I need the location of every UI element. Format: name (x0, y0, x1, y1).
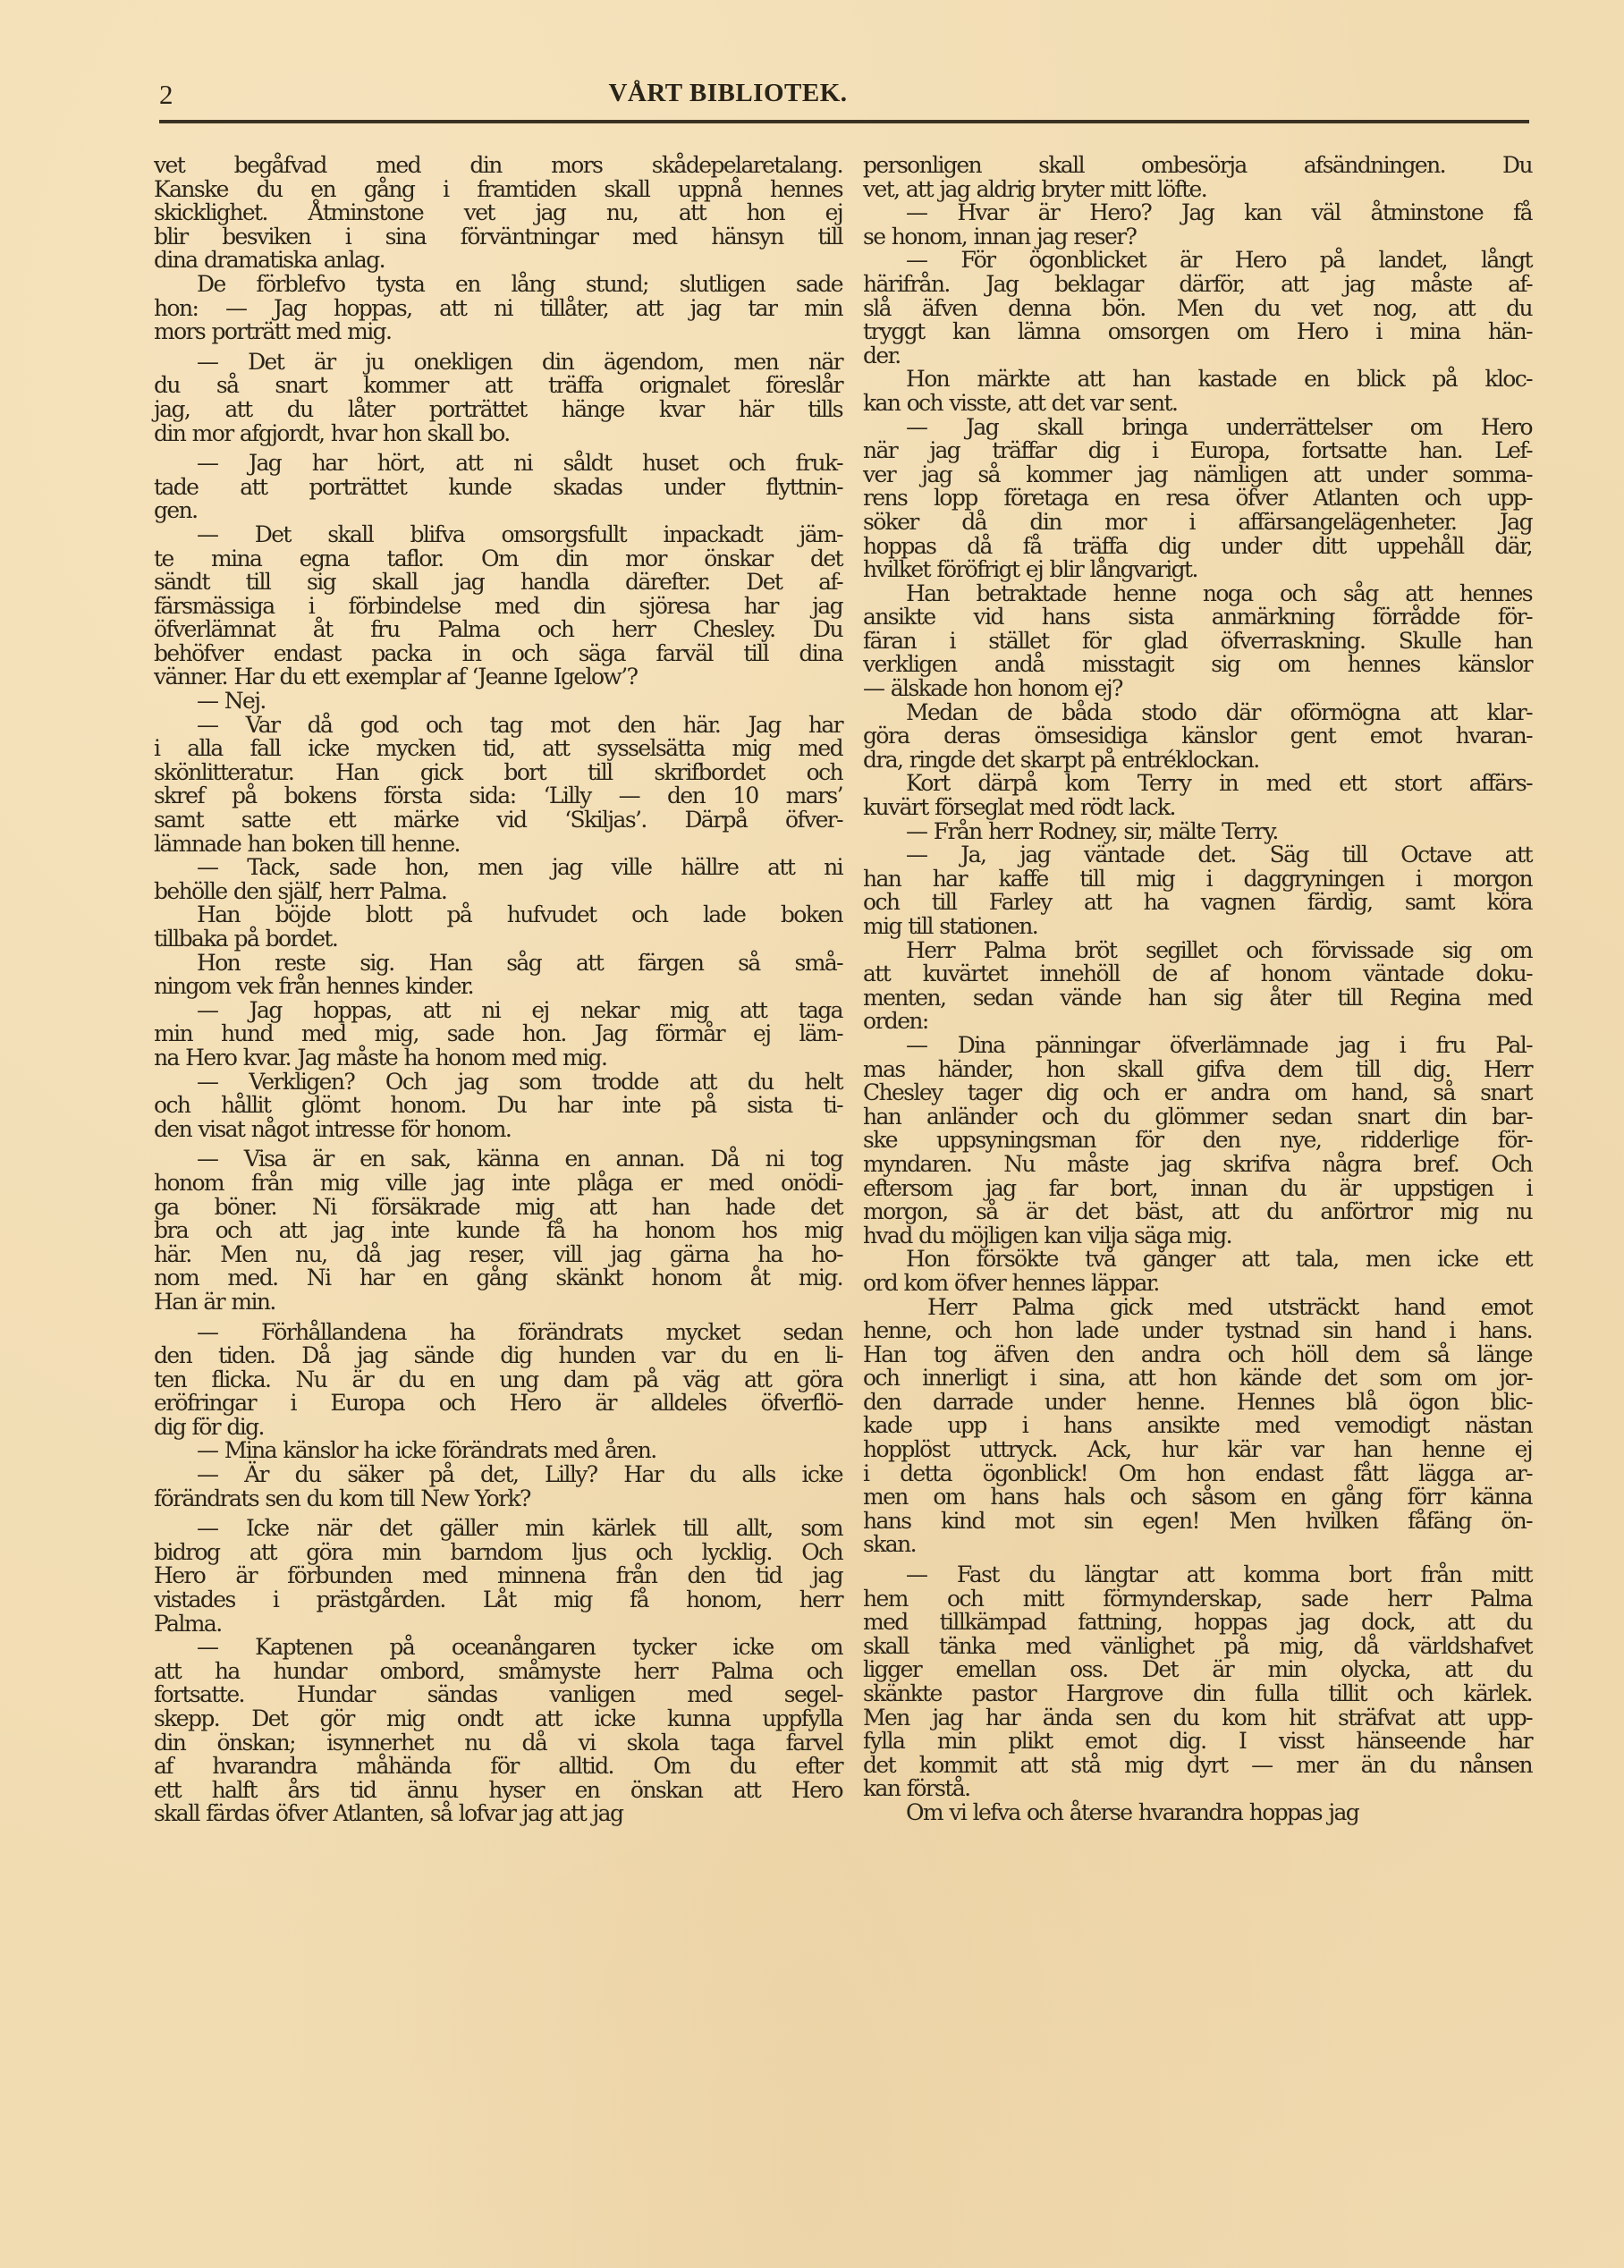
text-line: kan förstå. (863, 1777, 1532, 1801)
text-line: Medan de båda stodo där oförmögna att kl… (863, 701, 1532, 725)
text-line: sändt till sig skall jag handla därefter… (154, 571, 842, 595)
text-line: — Mina känslor ha icke förändrats med år… (154, 1439, 842, 1463)
text-line: kade upp i hans ansikte med vemodigt näs… (863, 1414, 1532, 1438)
text-line: — Verkligen? Och jag som trodde att du h… (154, 1071, 842, 1095)
paragraph: — Fast du längtar att komma bort från mi… (863, 1563, 1532, 1801)
text-line: — Förhållandena ha förändrats mycket sed… (154, 1321, 842, 1345)
text-line: gen. (154, 499, 842, 523)
text-line: vistades i prästgården. Låt mig få honom… (154, 1588, 842, 1612)
paragraph: — Dina pänningar öfverlämnade jag i fru … (863, 1034, 1532, 1248)
text-line: tade att porträttet kunde skadas under f… (154, 476, 842, 500)
text-line: — älskade hon honom ej? (863, 677, 1532, 701)
text-line: han anländer och du glömmer sedan snart … (863, 1105, 1532, 1130)
text-line: i detta ögonblick! Om hon endast fått lä… (863, 1462, 1532, 1486)
text-line: Kanske du en gång i framtiden skall uppn… (154, 178, 842, 202)
text-line: hem och mitt förmynderskap, sade herr Pa… (863, 1587, 1532, 1612)
text-line: här. Men nu, då jag reser, vill jag gärn… (154, 1243, 842, 1267)
text-line: ver jag så kommer jag nämligen att under… (863, 463, 1532, 487)
text-line: se honom, innan jag reser? (863, 225, 1532, 250)
text-line: med tillkämpad fattning, hoppas jag dock… (863, 1611, 1532, 1635)
text-line: färan i stället för glad öfverraskning. … (863, 630, 1532, 654)
text-line: lämnade han boken till henne. (154, 833, 842, 857)
text-line: der. (863, 344, 1532, 368)
text-line: kan och visste, att det var sent. (863, 392, 1532, 416)
text-line: ningom vek från hennes kinder. (154, 975, 842, 999)
text-line: mig till stationen. (863, 915, 1532, 939)
text-line: — För ögonblicket är Hero på landet, lån… (863, 249, 1532, 273)
text-line: den tiden. Då jag sände dig hunden var d… (154, 1344, 842, 1368)
text-line: skall tänka med vänlighet på mig, då vär… (863, 1635, 1532, 1659)
paragraph: — För ögonblicket är Hero på landet, lån… (863, 249, 1532, 368)
text-line: — Ja, jag väntade det. Säg till Octave a… (863, 843, 1532, 867)
text-line: verkligen andå misstagit sig om hennes k… (863, 653, 1532, 677)
text-line: tillbaka på bordet. (154, 927, 842, 952)
text-line: Palma. (154, 1612, 842, 1637)
text-line: Hon reste sig. Han såg att färgen så små… (154, 952, 842, 976)
text-line: blir besviken i sina förväntningar med h… (154, 225, 842, 250)
text-line: göra deras ömsesidiga känslor gent emot … (863, 724, 1532, 749)
text-line: hon: — Jag hoppas, att ni tillåter, att … (154, 297, 842, 321)
page-header: 2 VÅRT BIBLIOTEK. (159, 79, 1529, 114)
text-line: Herr Palma bröt segillet och förvissade … (863, 939, 1532, 963)
text-line: samt satte ett märke vid ‘Skiljas’. Därp… (154, 808, 842, 833)
paragraph: — Ja, jag väntade det. Säg till Octave a… (863, 843, 1532, 938)
paragraph: Herr Palma bröt segillet och förvissade … (863, 939, 1532, 1034)
text-line: nom med. Ni har en gång skänkt honom åt … (154, 1266, 842, 1291)
text-line: skönlitteratur. Han gick bort till skrif… (154, 761, 842, 785)
paragraph: Herr Palma gick med utsträckt hand emoth… (863, 1296, 1532, 1558)
text-line: mors porträtt med mig. (154, 320, 842, 344)
text-line: dig för dig. (154, 1416, 842, 1440)
text-line: henne, och hon lade under tystnad sin ha… (863, 1319, 1532, 1343)
text-line: men om hans hals och såsom en gång förr … (863, 1485, 1532, 1510)
left-column: vet begåfvad med din mors skådepelaretal… (154, 154, 842, 1826)
paragraph: Medan de båda stodo där oförmögna att kl… (863, 701, 1532, 773)
text-line: skänkte pastor Hargrove din fulla tillit… (863, 1682, 1532, 1706)
text-line: och till Farley att ha vagnen färdig, sa… (863, 891, 1532, 915)
text-line: af hvarandra måhända för alltid. Om du e… (154, 1755, 842, 1779)
paragraph: — Jag skall bringa underrättelser om Her… (863, 416, 1532, 582)
text-line: ten flicka. Nu är du en ung dam på väg a… (154, 1368, 842, 1392)
paragraph: — Verkligen? Och jag som trodde att du h… (154, 1071, 842, 1142)
running-title: VÅRT BIBLIOTEK. (43, 79, 1413, 108)
text-line: den visat något intresse för honom. (154, 1118, 842, 1142)
text-line: Kort därpå kom Terry in med ett stort af… (863, 772, 1532, 796)
paragraph: Hon försökte två gånger att tala, men ic… (863, 1248, 1532, 1295)
text-line: Men jag har ända sen du kom hit sträfvat… (863, 1706, 1532, 1731)
paragraph: Om vi lefva och återse hvarandra hoppas … (863, 1801, 1532, 1825)
paragraph: vet begåfvad med din mors skådepelaretal… (154, 154, 842, 273)
text-line: färsmässiga i förbindelse med din sjöres… (154, 595, 842, 619)
text-line: orden: (863, 1010, 1532, 1034)
paragraph: — Är du säker på det, Lilly? Har du alls… (154, 1463, 842, 1511)
text-line: personligen skall ombesörja afsändningen… (863, 154, 1532, 178)
text-line: tryggt kan lämna omsorgen om Hero i mina… (863, 320, 1532, 344)
text-line: den darrade under henne. Hennes blå ögon… (863, 1391, 1532, 1415)
text-line: du så snart kommer att träffa orignalet … (154, 374, 842, 398)
text-line: min hund med mig, sade hon. Jag förmår e… (154, 1022, 842, 1046)
paragraph: — Visa är en sak, känna en annan. Då ni … (154, 1147, 842, 1314)
paragraph: — Det skall blifva omsorgsfullt inpackad… (154, 523, 842, 690)
text-line: när jag träffar dig i Europa, fortsatte … (863, 439, 1532, 463)
text-line: hvad du möjligen kan vilja säga mig. (863, 1224, 1532, 1248)
text-line: dra, ringde det skarpt på entréklockan. (863, 749, 1532, 773)
paragraph: — Tack, sade hon, men jag ville hällre a… (154, 856, 842, 903)
text-line: skan. (863, 1533, 1532, 1557)
text-line: Om vi lefva och återse hvarandra hoppas … (863, 1801, 1532, 1825)
text-line: na Hero kvar. Jag måste ha honom med mig… (154, 1046, 842, 1071)
text-line: öfverlämnat åt fru Palma och herr Chesle… (154, 618, 842, 642)
paragraph: — Hvar är Hero? Jag kan väl åtminstone f… (863, 201, 1532, 249)
paragraph: Han betraktade henne noga och såg att he… (863, 582, 1532, 701)
text-line: förändrats sen du kom till New York? (154, 1487, 842, 1511)
text-line: i alla fall icke mycken tid, att syssels… (154, 737, 842, 761)
text-line: vänner. Har du ett exemplar af ‘Jeanne I… (154, 665, 842, 690)
text-line: fortsatte. Hundar sändas vanligen med se… (154, 1683, 842, 1707)
paragraph: Hon reste sig. Han såg att färgen så små… (154, 952, 842, 999)
text-line: Han böjde blott på hufvudet och lade bok… (154, 903, 842, 927)
text-line: ga böner. Ni försäkrade mig att han hade… (154, 1196, 842, 1220)
text-line: hoppas då få träffa dig under ditt uppeh… (863, 535, 1532, 559)
text-line: — Det är ju onekligen din ägendom, men n… (154, 351, 842, 375)
text-line: — Nej. (154, 690, 842, 714)
text-line: te mina egna taflor. Om din mor önskar d… (154, 547, 842, 571)
text-line: hans kind mot sin egen! Men hvilken fåfä… (863, 1510, 1532, 1534)
text-line: fylla min plikt emot dig. I visst hänsee… (863, 1730, 1532, 1754)
text-line: — Icke när det gäller min kärlek till al… (154, 1517, 842, 1541)
text-line: det kommit att stå mig dyrt — mer än du … (863, 1754, 1532, 1778)
text-line: — Jag skall bringa underrättelser om Her… (863, 416, 1532, 440)
paragraph: — Mina känslor ha icke förändrats med år… (154, 1439, 842, 1463)
text-line: bidrog att göra min barndom ljus och lyc… (154, 1541, 842, 1565)
paragraph: De förblefvo tysta en lång stund; slutli… (154, 273, 842, 344)
text-line: honom från mig ville jag inte plåga er m… (154, 1172, 842, 1196)
text-line: — Kaptenen på oceanångaren tycker icke o… (154, 1636, 842, 1660)
text-line: Herr Palma gick med utsträckt hand emot (863, 1296, 1532, 1320)
header-rule (159, 120, 1529, 123)
text-line: — Hvar är Hero? Jag kan väl åtminstone f… (863, 201, 1532, 225)
text-line: behöfver endast packa in och säga farväl… (154, 642, 842, 666)
text-line: och innerligt i sina, att hon kände det … (863, 1367, 1532, 1391)
text-line: — Fast du längtar att komma bort från mi… (863, 1563, 1532, 1587)
right-column: personligen skall ombesörja afsändningen… (863, 154, 1532, 1825)
text-line: eftersom jag far bort, innan du är uppst… (863, 1177, 1532, 1201)
text-line: hvilket föröfrigt ej blir långvarigt. (863, 558, 1532, 582)
text-line: morgon, så är det bäst, att du anförtror… (863, 1200, 1532, 1224)
paragraph: — Från herr Rodney, sir, mälte Terry. (863, 820, 1532, 844)
text-line: han har kaffe till mig i daggryningen i … (863, 867, 1532, 892)
text-line: ligger emellan oss. Det är min olycka, a… (863, 1658, 1532, 1682)
text-line: din mor afgjordt, hvar hon skall bo. (154, 422, 842, 446)
text-line: ord kom öfver hennes läppar. (863, 1272, 1532, 1296)
text-line: skicklighet. Åtminstone vet jag nu, att … (154, 201, 842, 225)
text-line: — Från herr Rodney, sir, mälte Terry. (863, 820, 1532, 844)
text-line: Hon märkte att han kastade en blick på k… (863, 368, 1532, 392)
paragraph: Hon märkte att han kastade en blick på k… (863, 368, 1532, 415)
paragraph: — Det är ju onekligen din ägendom, men n… (154, 351, 842, 445)
text-line: skall färdas öfver Atlanten, så lofvar j… (154, 1802, 842, 1826)
text-line: myndaren. Nu måste jag skrifva några bre… (863, 1153, 1532, 1177)
text-line: skref på bokens första sida: ‘Lilly — de… (154, 784, 842, 808)
text-line: Han tog äfven den andra och höll dem så … (863, 1343, 1532, 1367)
text-line: vet begåfvad med din mors skådepelaretal… (154, 154, 842, 178)
text-line: hopplöst uttryck. Ack, hur kär var han h… (863, 1438, 1532, 1462)
paragraph: Kort därpå kom Terry in med ett stort af… (863, 772, 1532, 819)
text-line: Hon försökte två gånger att tala, men ic… (863, 1248, 1532, 1272)
text-line: vet, att jag aldrig bryter mitt löfte. (863, 178, 1532, 202)
paragraph: — Jag hoppas, att ni ej nekar mig att ta… (154, 999, 842, 1071)
text-line: — Är du säker på det, Lilly? Har du alls… (154, 1463, 842, 1487)
text-line: rens lopp företaga en resa öfver Atlante… (863, 487, 1532, 511)
paragraph: — Förhållandena ha förändrats mycket sed… (154, 1321, 842, 1440)
text-line: Chesley tager dig och er andra om hand, … (863, 1081, 1532, 1105)
text-line: mas händer, hon skall gifva dem till dig… (863, 1058, 1532, 1082)
text-line: ett halft års tid ännu hyser en önskan a… (154, 1779, 842, 1803)
text-line: Han är min. (154, 1291, 842, 1315)
text-line: Han betraktade henne noga och såg att he… (863, 582, 1532, 606)
text-line: — Det skall blifva omsorgsfullt inpackad… (154, 523, 842, 547)
text-line: ansikte vid hans sista anmärkning förråd… (863, 605, 1532, 630)
text-line: De förblefvo tysta en lång stund; slutli… (154, 273, 842, 297)
text-line: jag, att du låter porträttet hänge kvar … (154, 398, 842, 422)
text-line: menten, sedan vände han sig åter till Re… (863, 986, 1532, 1011)
text-line: söker då din mor i affärsangelägenheter.… (863, 511, 1532, 535)
text-line: bra och att jag inte kunde få ha honom h… (154, 1219, 842, 1243)
paragraph: — Icke när det gäller min kärlek till al… (154, 1517, 842, 1636)
text-line: och hållit glömt honom. Du har inte på s… (154, 1094, 842, 1118)
text-line: kuvärt förseglat med rödt lack. (863, 796, 1532, 820)
text-line: att kuvärtet innehöll de af honom väntad… (863, 962, 1532, 986)
text-line: — Var då god och tag mot den här. Jag ha… (154, 714, 842, 738)
text-line: dina dramatiska anlag. (154, 249, 842, 273)
text-line: att ha hundar ombord, småmyste herr Palm… (154, 1660, 842, 1684)
text-line: behölle den själf, herr Palma. (154, 880, 842, 904)
text-line: — Jag hoppas, att ni ej nekar mig att ta… (154, 999, 842, 1023)
paragraph: Han böjde blott på hufvudet och lade bok… (154, 903, 842, 951)
text-line: — Jag har hört, att ni såldt huset och f… (154, 452, 842, 476)
text-line: skepp. Det gör mig ondt att icke kunna u… (154, 1707, 842, 1731)
text-line: ske uppsyningsman för den nye, ridderlig… (863, 1129, 1532, 1153)
text-line: Hero är förbunden med minnena från den t… (154, 1564, 842, 1588)
text-line: — Dina pänningar öfverlämnade jag i fru … (863, 1034, 1532, 1058)
text-line: härifrån. Jag beklagar därför, att jag m… (863, 273, 1532, 297)
paragraph: — Jag har hört, att ni såldt huset och f… (154, 452, 842, 523)
paragraph: — Var då god och tag mot den här. Jag ha… (154, 714, 842, 857)
paragraph: personligen skall ombesörja afsändningen… (863, 154, 1532, 201)
text-line: — Visa är en sak, känna en annan. Då ni … (154, 1147, 842, 1172)
paragraph: — Nej. (154, 690, 842, 714)
paragraph: — Kaptenen på oceanångaren tycker icke o… (154, 1636, 842, 1826)
text-line: eröfringar i Europa och Hero är alldeles… (154, 1392, 842, 1416)
text-line: din önskan; isynnerhet nu då vi skola ta… (154, 1731, 842, 1756)
text-line: slå äfven denna bön. Men du vet nog, att… (863, 297, 1532, 321)
text-line: — Tack, sade hon, men jag ville hällre a… (154, 856, 842, 880)
